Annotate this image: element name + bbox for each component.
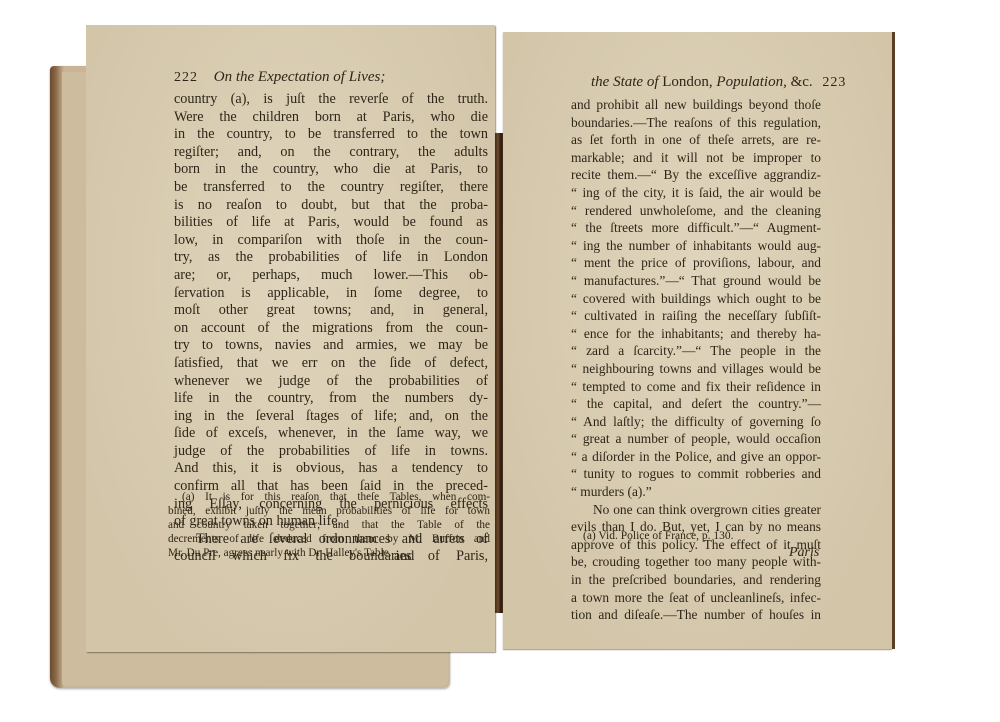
text-line: ſervation is applicable, in ſome degree,… [174,285,488,303]
text-line: ing in the ſeveral ſtages of life; and, … [174,408,488,426]
text-line: is no reaſon to doubt, but that the prob… [174,197,488,215]
text-line: low, in compariſon with thoſe in the cou… [174,232,488,250]
text-line: “ And laſtly; the difficulty of governin… [571,413,821,431]
text-line: “ covered with buildings which ought to … [571,290,821,308]
text-line: judge of the probabilities of life in to… [174,443,488,461]
running-head-part: the State of [591,74,659,90]
text-line: try, as the probabilities of life in Lon… [174,249,488,267]
right-catchword: Paris [789,545,819,561]
text-line: “ the ſtreets more difficult.”—“ Augment… [571,219,821,237]
text-line: “ the capital, and deſert the country.”— [571,395,821,413]
text-line: moſt other great towns; and, in general, [174,302,488,320]
right-page: the State of London, Population, &c. 223… [503,32,892,649]
text-line: in the preſcribed boundaries, and render… [571,571,821,589]
text-line: boundaries.—The reaſons of this regulati… [571,114,821,132]
left-running-title: On the Expectation of Lives; [214,69,386,85]
right-footnote: (a) Vid. Police of France, p. 130. [583,529,733,543]
text-line: “ a diſorder in the Police, and give an … [571,448,821,466]
text-line: “ ing the number of inhabitants would au… [571,237,821,255]
footnote-line: decrements of life deduced from them by … [168,532,490,546]
text-line: as ſet forth in one of theſe arrets, are… [571,131,821,149]
text-line: tion and diſeaſe.—The number of houſes i… [571,606,821,624]
text-line: ſide of exceſs, whenever, in the ſame wa… [174,425,488,443]
text-line: and prohibit all new buildings beyond th… [571,96,821,114]
left-page-number: 222 [174,70,198,85]
right-running-head: the State of London, Population, &c. 223 [591,74,846,91]
text-line: bilities of life at Paris, would be foun… [174,214,488,232]
gutter-gap [495,32,503,134]
text-line: be, crouding together too many people wi… [571,553,821,571]
left-running-head: 222 On the Expectation of Lives; [174,69,385,86]
text-line: ſatisfied, that we err on the ſide of de… [174,355,488,373]
text-line: life in the country, from the numbers dy… [174,390,488,408]
right-body-text: and prohibit all new buildings beyond th… [571,96,821,624]
footnote-line: and country taken together; and that the… [168,518,490,532]
text-line: try to towns, navies and armies, we may … [174,337,488,355]
text-line: “ tempted to come and fix their reſidenc… [571,378,821,396]
footnote-line: Mr. Du Pre, agrees nearly with Dr. Halle… [168,546,490,560]
text-line: “ zard a ſcarcity.”—“ The people in the [571,342,821,360]
text-line: markable; and it will not be improper to [571,149,821,167]
left-catchword: and [394,549,414,565]
text-line: “ cultivated in raiſing the neceſſary ſu… [571,307,821,325]
text-line: country (a), is juſt the reverſe of the … [174,91,488,109]
text-line: “ manufactures.”—“ That ground would be [571,272,821,290]
text-line: be transferred to the country regiſter, … [174,179,488,197]
text-line: And this, it is obvious, has a tendency … [174,460,488,478]
text-line: regiſter; and, on the contrary, the adul… [174,144,488,162]
text-line: “ great a number of people, would occaſi… [571,430,821,448]
text-line: a town more the ſeat of uncleanlineſs, i… [571,589,821,607]
open-book: 222 On the Expectation of Lives; country… [0,0,1000,722]
text-line: born in the country, who die at Paris, t… [174,161,488,179]
running-head-part: &c. [791,74,813,90]
text-line: Were the children born at Paris, who die [174,109,488,127]
left-page: 222 On the Expectation of Lives; country… [86,25,495,652]
footnote-line: (a) It is for this reaſon that theſe Tab… [168,490,490,504]
text-line: “ neighbouring towns and villages would … [571,360,821,378]
footnote-line: bined, exhibit juſtly the mean probabili… [168,504,490,518]
text-line: are; or, perhaps, much lower.—This ob- [174,267,488,285]
text-line: on account of the migrations from the co… [174,320,488,338]
left-footnote: (a) It is for this reaſon that theſe Tab… [168,490,490,560]
text-line: “ ing of the city, it is ſaid, the air w… [571,184,821,202]
text-line: in the country, to be transferred to the… [174,126,488,144]
running-head-part: Population, [716,74,786,90]
running-head-part: London, [662,74,712,90]
text-line: “ ence for the inhabitants; and thereby … [571,325,821,343]
text-line: whenever we judge of the probabilities o… [174,373,488,391]
text-line: “ rendered unwholeſome, and the cleaning [571,202,821,220]
text-line: No one can think overgrown cities greate… [571,501,821,519]
text-line: “ tunity to rogues to commit robberies a… [571,465,821,483]
text-line: “ murders (a).” [571,483,821,501]
right-page-number: 223 [822,75,846,90]
text-line: recite them.—“ By the exceſſive aggrandi… [571,166,821,184]
text-line: “ ment the price of proviſions, labour, … [571,254,821,272]
